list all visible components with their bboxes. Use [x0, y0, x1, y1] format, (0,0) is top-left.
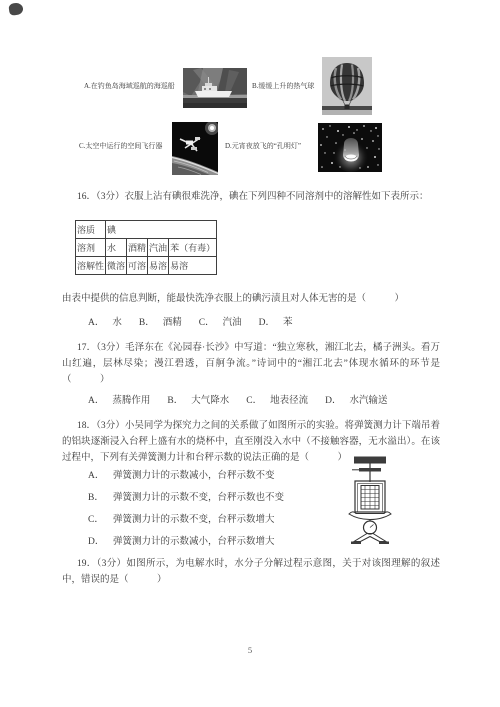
option-text: 水汽输送 [349, 396, 387, 406]
option-c: C．汽油 [199, 317, 242, 329]
option-b: B．大气降水 [167, 395, 229, 407]
hot-air-balloon-illustration [322, 57, 372, 115]
table-cell: 碘 [106, 221, 217, 239]
option-letter: A． [88, 396, 104, 406]
table-cell: 苯（有毒） [169, 239, 217, 257]
option-c: C．地表径流 [246, 395, 308, 407]
option-b: B．弹簧测力计的示数不变，台秤示数也不变 [88, 489, 284, 511]
exam-page: A.在钓鱼岛海域巡航的海巡船 B.缓缓上升的热气球 [0, 0, 500, 707]
option-letter: A． [88, 467, 113, 489]
option-text: 弹簧测力计的示数不变，台秤示数增大 [113, 511, 275, 533]
table-cell: 酒精 [127, 239, 148, 257]
q18-options: A．弹簧测力计的示数减小，台秤示数不变 B．弹簧测力计的示数不变，台秤示数也不变… [88, 467, 284, 555]
option-a: A．水 [88, 317, 122, 329]
table-cell: 汽油 [148, 239, 169, 257]
table-cell: 可溶 [127, 257, 148, 275]
q16-followup: 由表中提供的信息判断，能最快洗净衣服上的碘污渍且对人体无害的是（ ） [62, 293, 404, 305]
option-text: 弹簧测力计的示数不变，台秤示数也不变 [113, 489, 284, 511]
space-station-illustration [172, 122, 218, 175]
option-text: 蒸腾作用 [112, 396, 150, 406]
option-a: A．弹簧测力计的示数减小，台秤示数不变 [88, 467, 284, 489]
table-row-solvent: 溶剂 水 酒精 汽油 苯（有毒） [76, 239, 217, 257]
q17-stem: 17．（3分）毛泽东在《沁园春·长沙》中写道：“独立寒秋，湘江北去，橘子洲头。看… [62, 340, 440, 388]
option-text: 汽油 [223, 318, 242, 328]
ink-smudge-mark [8, 2, 24, 16]
sky-lantern-photo [318, 123, 382, 172]
table-cell: 易溶 [148, 257, 169, 275]
option-letter: B． [167, 396, 183, 406]
q19-stem: 19．（3分）如图所示，为电解水时，水分子分解过程示意图，关于对该图理解的叙述中… [62, 556, 440, 588]
page-number: 5 [0, 645, 500, 655]
option-text: 水 [112, 318, 122, 328]
table-cell: 溶解性 [76, 257, 106, 275]
q16-options: A．水 B．酒精 C．汽油 D．苯 [88, 317, 310, 329]
option-text: 地表径流 [270, 396, 308, 406]
table-cell: 微溶 [106, 257, 127, 275]
option-text: 弹簧测力计的示数减小，台秤示数增大 [113, 533, 275, 555]
option-letter: C． [199, 318, 215, 328]
table-cell: 溶质 [76, 221, 106, 239]
figure-option-b-label: B.缓缓上升的热气球 [252, 82, 314, 91]
option-d: D．苯 [259, 317, 293, 329]
figure-option-d-label: D.元宵夜放飞的“孔明灯” [225, 142, 301, 151]
spring-scale-beaker-platform-scale-diagram [346, 454, 394, 546]
option-text: 苯 [283, 318, 293, 328]
table-cell: 溶剂 [76, 239, 106, 257]
option-letter: C． [88, 511, 113, 533]
table-cell: 水 [106, 239, 127, 257]
table-row-solubility: 溶解性 微溶 可溶 易溶 易溶 [76, 257, 217, 275]
option-b: B．酒精 [139, 317, 182, 329]
patrol-ship-photo [183, 68, 247, 108]
q17-options: A．蒸腾作用 B．大气降水 C．地表径流 D．水汽输送 [88, 395, 405, 407]
option-letter: C． [246, 396, 262, 406]
solubility-table: 溶质 碘 溶剂 水 酒精 汽油 苯（有毒） 溶解性 微溶 可溶 易溶 易溶 [75, 220, 217, 275]
figure-option-a-label: A.在钓鱼岛海域巡航的海巡船 [84, 82, 175, 91]
option-d: D．弹簧测力计的示数减小，台秤示数增大 [88, 533, 284, 555]
figure-option-c-label: C.太空中运行的空间飞行器 [79, 142, 162, 151]
option-letter: B． [139, 318, 155, 328]
patrol-ship-illustration [183, 68, 247, 108]
option-text: 酒精 [163, 318, 182, 328]
sky-lantern-illustration [318, 123, 382, 172]
table-row-solute: 溶质 碘 [76, 221, 217, 239]
option-a: A．蒸腾作用 [88, 395, 150, 407]
q16-stem: 16．（3分）衣服上沾有碘很难洗净，碘在下列四种不同溶剂中的溶解性如下表所示： [62, 189, 440, 205]
option-letter: D． [259, 318, 275, 328]
option-text: 大气降水 [191, 396, 229, 406]
option-letter: B． [88, 489, 113, 511]
option-letter: A． [88, 318, 104, 328]
space-station-photo [172, 122, 218, 175]
table-cell: 易溶 [169, 257, 217, 275]
option-letter: D． [88, 533, 113, 555]
option-c: C．弹簧测力计的示数不变，台秤示数增大 [88, 511, 284, 533]
option-d: D．水汽输送 [325, 395, 387, 407]
option-letter: D． [325, 396, 341, 406]
hot-air-balloon-photo [322, 57, 372, 115]
option-text: 弹簧测力计的示数减小，台秤示数不变 [113, 467, 275, 489]
